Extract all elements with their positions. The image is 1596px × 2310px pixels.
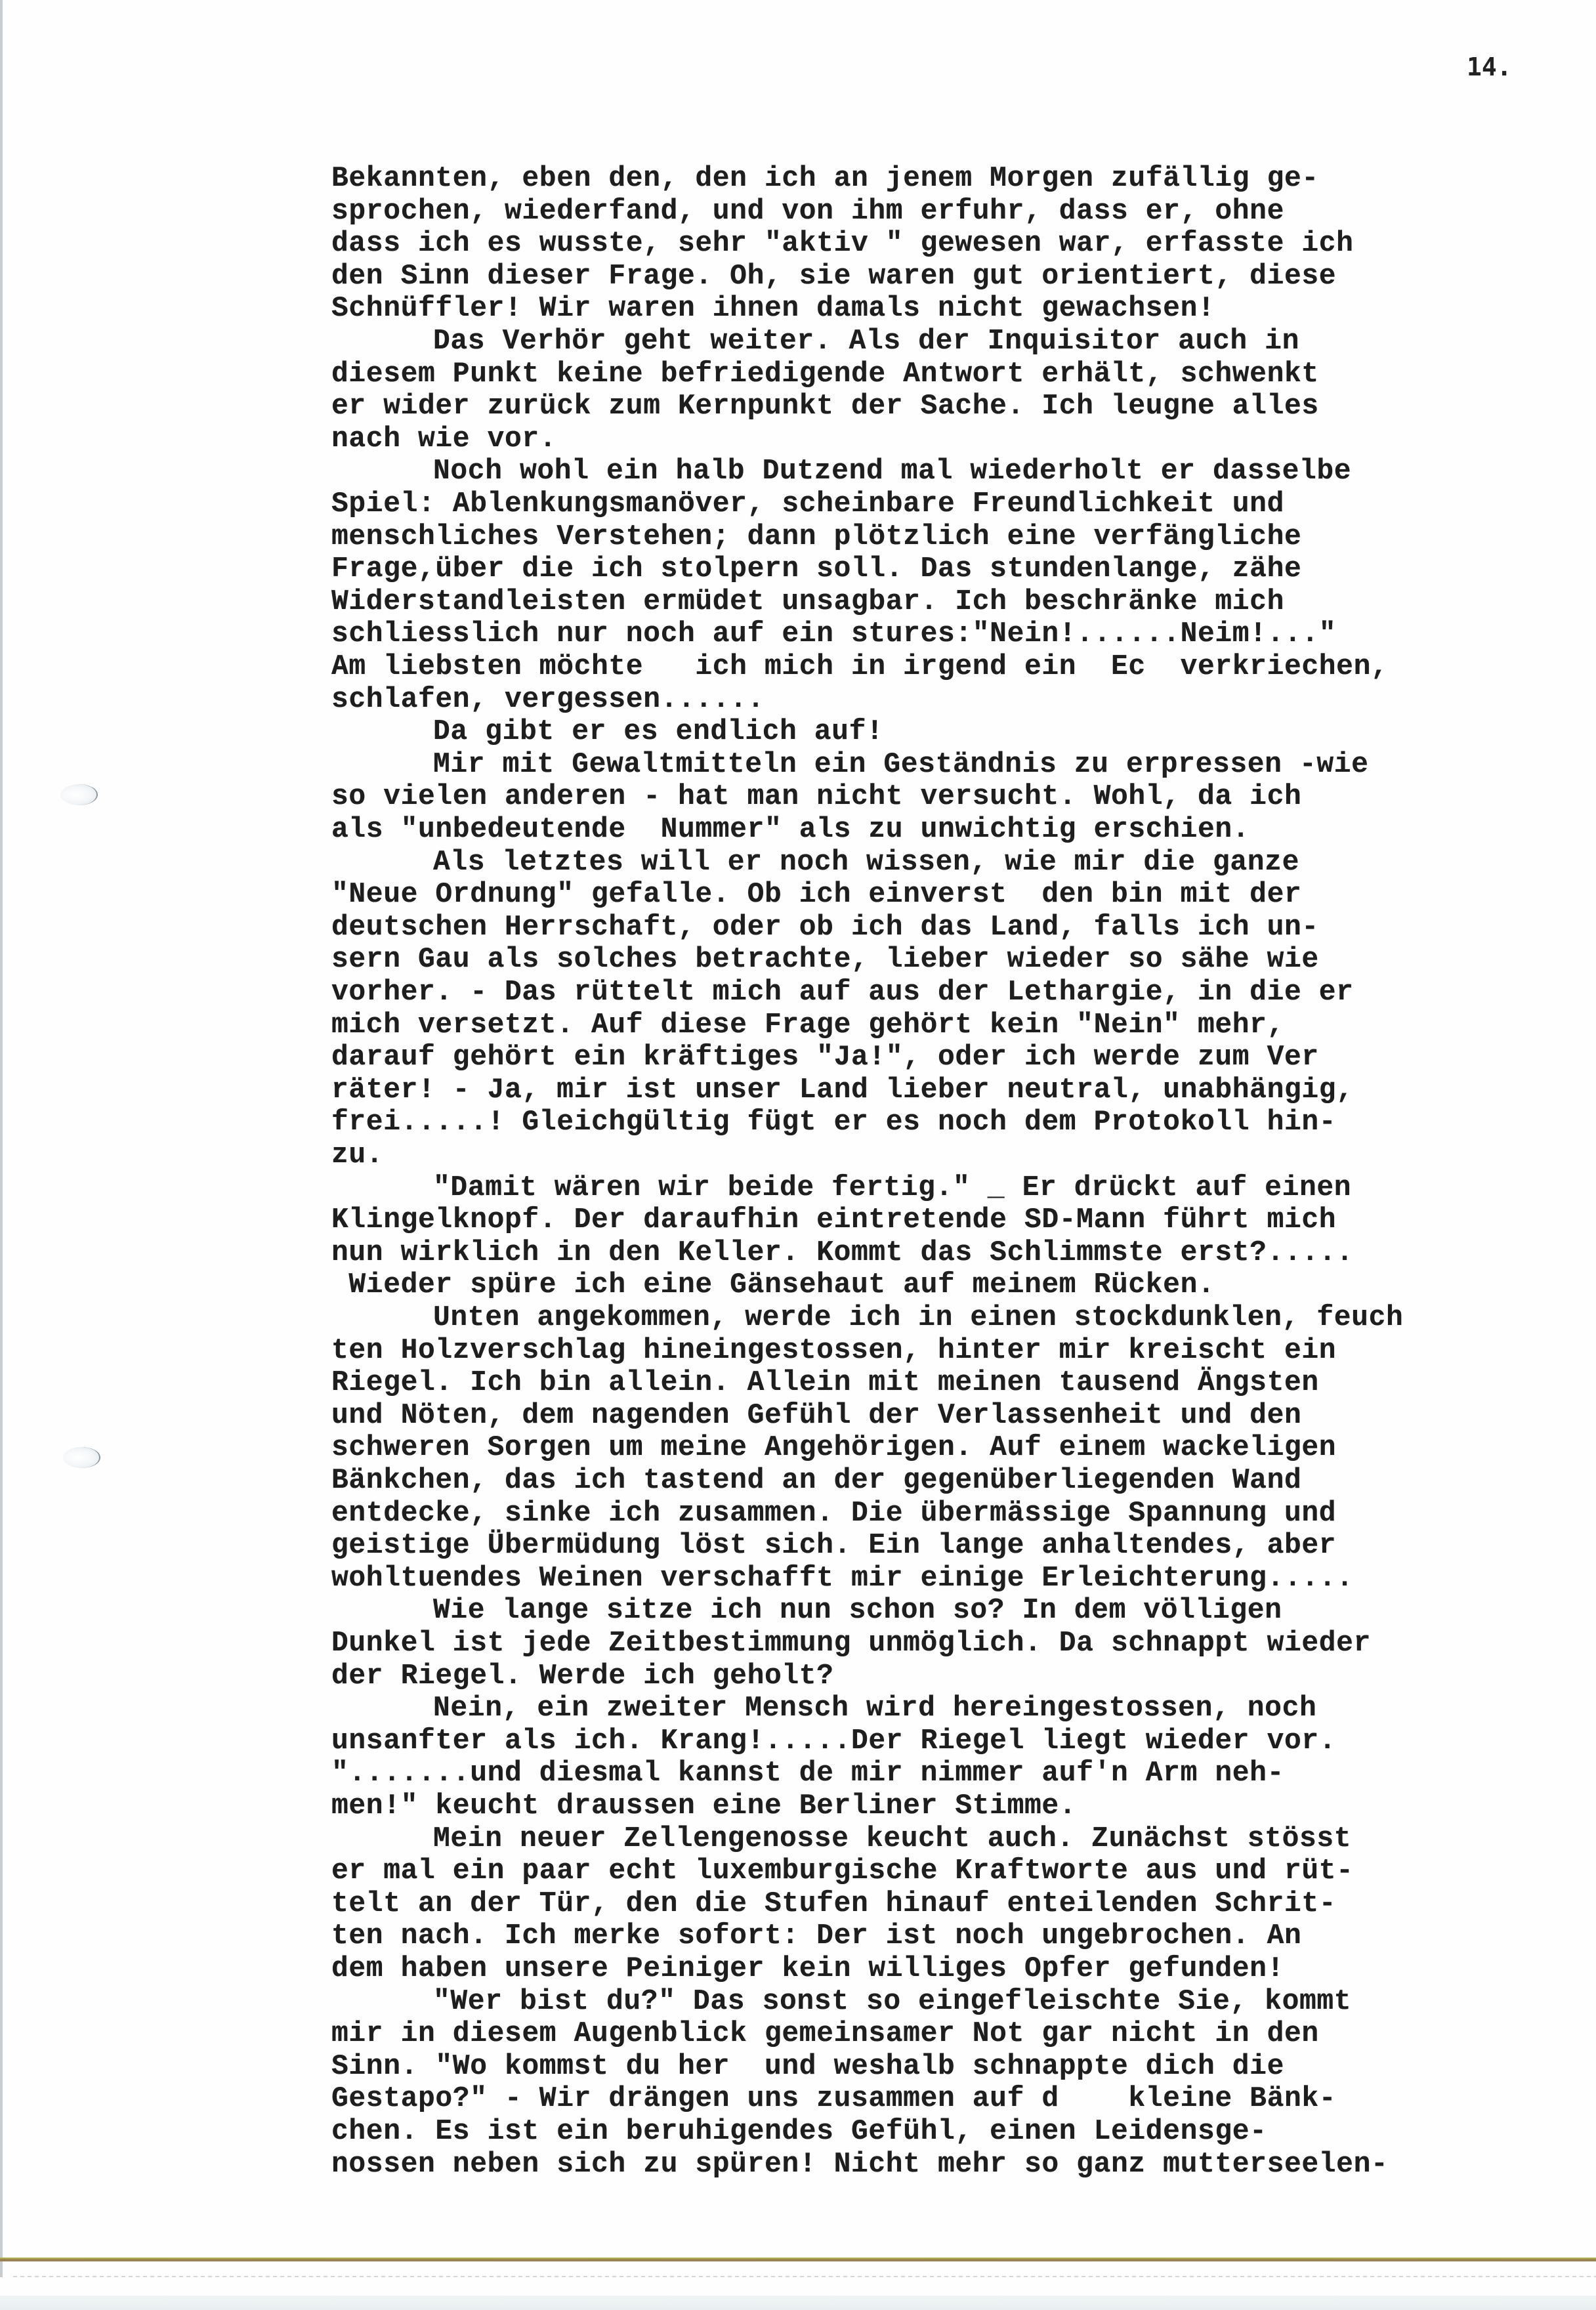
- text-line: Widerstandleisten ermüdet unsagbar. Ich …: [331, 586, 1284, 618]
- text-line: Riegel. Ich bin allein. Allein mit meine…: [331, 1367, 1319, 1398]
- text-line: mich versetzt. Auf diese Frage gehört ke…: [331, 1009, 1284, 1041]
- paragraph-first-line: Da gibt er es endlich auf!: [433, 716, 883, 747]
- text-line: Sinn. "Wo kommst du her und weshalb schn…: [331, 2051, 1284, 2082]
- text-line: sprochen, wiederfand, und von ihm erfuhr…: [331, 196, 1284, 227]
- text-line: schweren Sorgen um meine Angehörigen. Au…: [331, 1432, 1336, 1463]
- text-line: Wieder spüre ich eine Gänsehaut auf mein…: [331, 1269, 1215, 1301]
- text-line: nossen neben sich zu spüren! Nicht mehr …: [331, 2149, 1388, 2180]
- text-line: Gestapo?" - Wir drängen uns zusammen auf…: [331, 2083, 1336, 2114]
- text-line: den Sinn dieser Frage. Oh, sie waren gut…: [331, 261, 1336, 292]
- text-line: ten nach. Ich merke sofort: Der ist noch…: [331, 1920, 1301, 1952]
- text-line: schlafen, vergessen......: [331, 684, 765, 715]
- scan-bottom-shade: [0, 2296, 1596, 2310]
- text-line: chen. Es ist ein beruhigendes Gefühl, ei…: [331, 2116, 1267, 2147]
- text-line: als "unbedeutende Nummer" als zu unwicht…: [331, 814, 1249, 845]
- text-line: dass ich es wusste, sehr "aktiv " gewese…: [331, 228, 1354, 259]
- text-line: ten Holzverschlag hineingestossen, hinte…: [331, 1335, 1336, 1366]
- text-line: unsanfter als ich. Krang!.....Der Riegel…: [331, 1725, 1336, 1757]
- text-line: nach wie vor.: [331, 423, 556, 455]
- text-line: so vielen anderen - hat man nicht versuc…: [331, 781, 1301, 812]
- text-line: sern Gau als solches betrachte, lieber w…: [331, 944, 1319, 975]
- text-line: schliesslich nur noch auf ein stures:"Ne…: [331, 618, 1336, 650]
- text-line: frei.....! Gleichgültig fügt er es noch …: [331, 1106, 1336, 1138]
- text-line: Frage,über die ich stolpern soll. Das st…: [331, 553, 1301, 585]
- text-line: räter! - Ja, mir ist unser Land lieber n…: [331, 1074, 1354, 1106]
- text-line: Klingelknopf. Der daraufhin eintretende …: [331, 1204, 1336, 1236]
- text-line: diesem Punkt keine befriedigende Antwort…: [331, 358, 1319, 390]
- text-line: darauf gehört ein kräftiges "Ja!", oder …: [331, 1041, 1319, 1073]
- paragraph-first-line: Wie lange sitze ich nun schon so? In dem…: [433, 1595, 1282, 1626]
- text-line: deutschen Herrschaft, oder ob ich das La…: [331, 912, 1319, 943]
- text-line: er mal ein paar echt luxemburgische Kraf…: [331, 1855, 1354, 1887]
- text-line: men!" keucht draussen eine Berliner Stim…: [331, 1790, 1076, 1822]
- paragraph-first-line: "Wer bist du?" Das sonst so eingefleisch…: [433, 1986, 1351, 2017]
- text-line: wohltuendes Weinen verschafft mir einige…: [331, 1563, 1354, 1594]
- typewritten-body: Bekannten, eben den, den ich an jenem Mo…: [0, 0, 1596, 2231]
- text-line: ".......und diesmal kannst de mir nimmer…: [331, 1757, 1284, 1789]
- text-line: mir in diesem Augenblick gemeinsamer Not…: [331, 2018, 1319, 2049]
- text-line: Bekannten, eben den, den ich an jenem Mo…: [331, 163, 1319, 194]
- paragraph-first-line: Nein, ein zweiter Mensch wird hereingest…: [433, 1692, 1316, 1724]
- paragraph-first-line: Unten angekommen, werde ich in einen sto…: [433, 1302, 1403, 1333]
- text-line: "Neue Ordnung" gefalle. Ob ich einverst …: [331, 879, 1301, 910]
- text-line: dem haben unsere Peiniger kein williges …: [331, 1953, 1284, 1984]
- paragraph-first-line: Als letztes will er noch wissen, wie mir…: [433, 847, 1299, 878]
- text-line: er wider zurück zum Kernpunkt der Sache.…: [331, 390, 1319, 422]
- paragraph-first-line: Noch wohl ein halb Dutzend mal wiederhol…: [433, 455, 1351, 487]
- text-line: Dunkel ist jede Zeitbestimmung unmöglich…: [331, 1627, 1371, 1659]
- text-line: zu.: [331, 1139, 383, 1171]
- text-line: und Nöten, dem nagenden Gefühl der Verla…: [331, 1400, 1301, 1431]
- scan-bottom-rule: [0, 2257, 1596, 2261]
- paragraph-first-line: Das Verhör geht weiter. Als der Inquisit…: [433, 325, 1299, 357]
- text-line: telt an der Tür, den die Stufen hinauf e…: [331, 1888, 1336, 1920]
- paragraph-first-line: "Damit wären wir beide fertig." _ Er drü…: [433, 1172, 1351, 1204]
- document-page: 14. Bekannten, eben den, den ich an jene…: [0, 0, 1596, 2310]
- text-line: menschliches Verstehen; dann plötzlich e…: [331, 521, 1301, 553]
- text-line: Spiel: Ablenkungsmanöver, scheinbare Fre…: [331, 488, 1284, 520]
- paragraph-first-line: Mein neuer Zellengenosse keucht auch. Zu…: [433, 1823, 1351, 1855]
- text-line: der Riegel. Werde ich geholt?: [331, 1660, 834, 1692]
- text-line: Bänkchen, das ich tastend an der gegenüb…: [331, 1465, 1301, 1496]
- text-line: Schnüffler! Wir waren ihnen damals nicht…: [331, 293, 1215, 324]
- text-line: entdecke, sinke ich zusammen. Die übermä…: [331, 1498, 1336, 1529]
- paragraph-first-line: Mir mit Gewaltmitteln ein Geständnis zu …: [433, 749, 1369, 780]
- scan-artifact-dots: [13, 2276, 1596, 2277]
- text-line: vorher. - Das rüttelt mich auf aus der L…: [331, 976, 1354, 1008]
- text-line: geistige Übermüdung löst sich. Ein lange…: [331, 1530, 1336, 1561]
- text-line: Am liebsten möchte ich mich in irgend ei…: [331, 651, 1388, 682]
- text-line: nun wirklich in den Keller. Kommt das Sc…: [331, 1237, 1354, 1269]
